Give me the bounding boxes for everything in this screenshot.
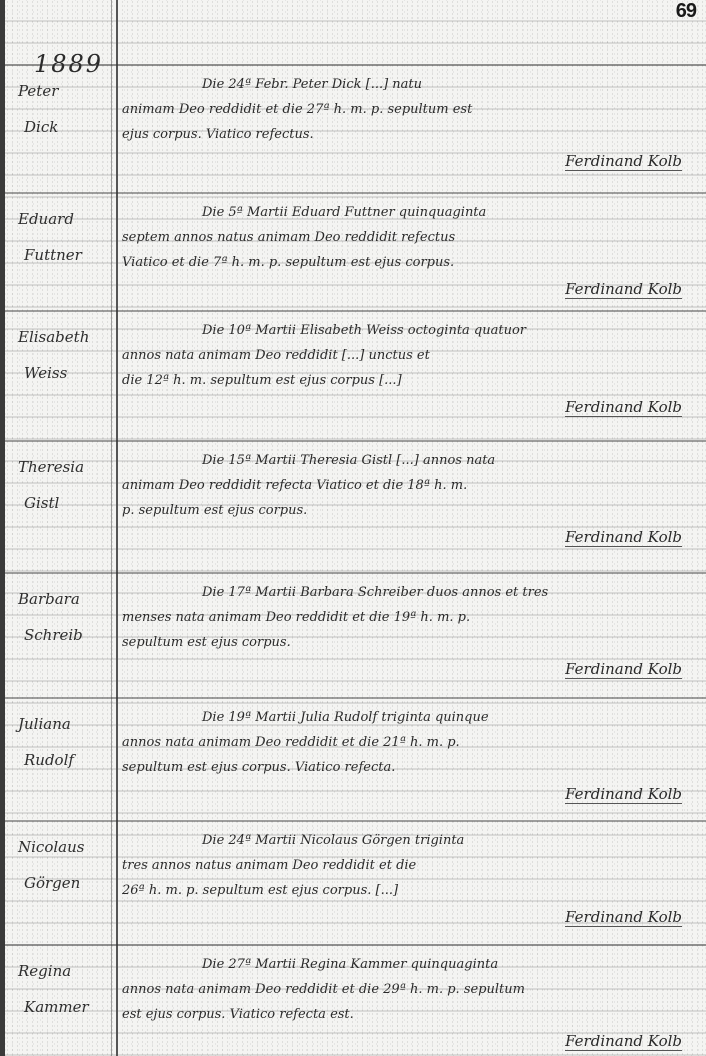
entry-line: Die 27ª Martii Regina Kammer quinquagint… <box>122 952 698 977</box>
given-name: Nicolaus <box>18 838 114 858</box>
entry-line: est ejus corpus. Viatico refecta est. <box>122 1002 698 1027</box>
entry-text: Die 24ª Febr. Peter Dick [...] natuanima… <box>122 72 698 147</box>
surname: Schreib <box>24 626 114 646</box>
entry-line: Die 5ª Martii Eduard Futtner quinquagint… <box>122 200 698 225</box>
entry-line: Die 17ª Martii Barbara Schreiber duos an… <box>122 580 698 605</box>
entry-line: annos nata animam Deo reddidit et die 29… <box>122 977 698 1002</box>
priest-signature: Ferdinand Kolb <box>565 528 682 547</box>
given-name: Theresia <box>18 458 114 478</box>
name-column: ElisabethWeiss <box>10 328 114 383</box>
entry-text: Die 10ª Martii Elisabeth Weiss octoginta… <box>122 318 698 393</box>
name-column: TheresiaGistl <box>10 458 114 513</box>
entry-separator <box>5 310 706 312</box>
priest-signature: Ferdinand Kolb <box>565 908 682 927</box>
entry-line: annos nata animam Deo reddidit et die 21… <box>122 730 698 755</box>
entry-line: animam Deo reddidit refecta Viatico et d… <box>122 473 698 498</box>
surname: Görgen <box>24 874 114 894</box>
entry-separator <box>5 820 706 822</box>
entry-line: 26ª h. m. p. sepultum est ejus corpus. [… <box>122 878 698 903</box>
entry-line: die 12ª h. m. sepultum est ejus corpus [… <box>122 368 698 393</box>
entry-line: Viatico et die 7ª h. m. p. sepultum est … <box>122 250 698 275</box>
surname: Gistl <box>24 494 114 514</box>
name-column: NicolausGörgen <box>10 838 114 893</box>
page-number: 69 <box>676 0 696 23</box>
entry-line: Die 19ª Martii Julia Rudolf triginta qui… <box>122 705 698 730</box>
entry-line: p. sepultum est ejus corpus. <box>122 498 698 523</box>
priest-signature: Ferdinand Kolb <box>565 280 682 299</box>
entry-line: septem annos natus animam Deo reddidit r… <box>122 225 698 250</box>
entry-text: Die 17ª Martii Barbara Schreiber duos an… <box>122 580 698 655</box>
name-column: JulianaRudolf <box>10 715 114 770</box>
register-page: 69 1889 PeterDickDie 24ª Febr. Peter Dic… <box>0 0 706 1056</box>
entry-line: menses nata animam Deo reddidit et die 1… <box>122 605 698 630</box>
scan-edge <box>0 0 5 1056</box>
name-column: BarbaraSchreib <box>10 590 114 645</box>
entry-line: sepultum est ejus corpus. <box>122 630 698 655</box>
entry-text: Die 15ª Martii Theresia Gistl [...] anno… <box>122 448 698 523</box>
given-name: Regina <box>18 962 114 982</box>
given-name: Juliana <box>18 715 114 735</box>
entry-separator <box>5 944 706 946</box>
priest-signature: Ferdinand Kolb <box>565 152 682 171</box>
entry-line: Die 10ª Martii Elisabeth Weiss octoginta… <box>122 318 698 343</box>
entry-text: Die 24ª Martii Nicolaus Görgen trigintat… <box>122 828 698 903</box>
given-name: Peter <box>18 82 114 102</box>
given-name: Elisabeth <box>18 328 114 348</box>
entry-line: Die 24ª Martii Nicolaus Görgen triginta <box>122 828 698 853</box>
priest-signature: Ferdinand Kolb <box>565 660 682 679</box>
surname: Weiss <box>24 364 114 384</box>
surname: Rudolf <box>24 751 114 771</box>
priest-signature: Ferdinand Kolb <box>565 1032 682 1051</box>
entry-separator <box>5 697 706 699</box>
surname: Futtner <box>24 246 114 266</box>
entry-separator <box>5 64 706 66</box>
entry-line: tres annos natus animam Deo reddidit et … <box>122 853 698 878</box>
given-name: Eduard <box>18 210 114 230</box>
column-divider <box>116 0 118 1056</box>
surname: Kammer <box>24 998 114 1018</box>
name-column: ReginaKammer <box>10 962 114 1017</box>
entry-separator <box>5 192 706 194</box>
given-name: Barbara <box>18 590 114 610</box>
entry-separator <box>5 440 706 442</box>
priest-signature: Ferdinand Kolb <box>565 785 682 804</box>
entry-line: annos nata animam Deo reddidit [...] unc… <box>122 343 698 368</box>
entry-line: ejus corpus. Viatico refectus. <box>122 122 698 147</box>
name-column: EduardFuttner <box>10 210 114 265</box>
entry-text: Die 19ª Martii Julia Rudolf triginta qui… <box>122 705 698 780</box>
column-rule <box>111 0 112 1056</box>
entry-line: animam Deo reddidit et die 27ª h. m. p. … <box>122 97 698 122</box>
surname: Dick <box>24 118 114 138</box>
entry-line: Die 15ª Martii Theresia Gistl [...] anno… <box>122 448 698 473</box>
priest-signature: Ferdinand Kolb <box>565 398 682 417</box>
entry-text: Die 5ª Martii Eduard Futtner quinquagint… <box>122 200 698 275</box>
entry-line: sepultum est ejus corpus. Viatico refect… <box>122 755 698 780</box>
entry-separator <box>5 572 706 574</box>
entry-text: Die 27ª Martii Regina Kammer quinquagint… <box>122 952 698 1027</box>
entry-line: Die 24ª Febr. Peter Dick [...] natu <box>122 72 698 97</box>
name-column: PeterDick <box>10 82 114 137</box>
